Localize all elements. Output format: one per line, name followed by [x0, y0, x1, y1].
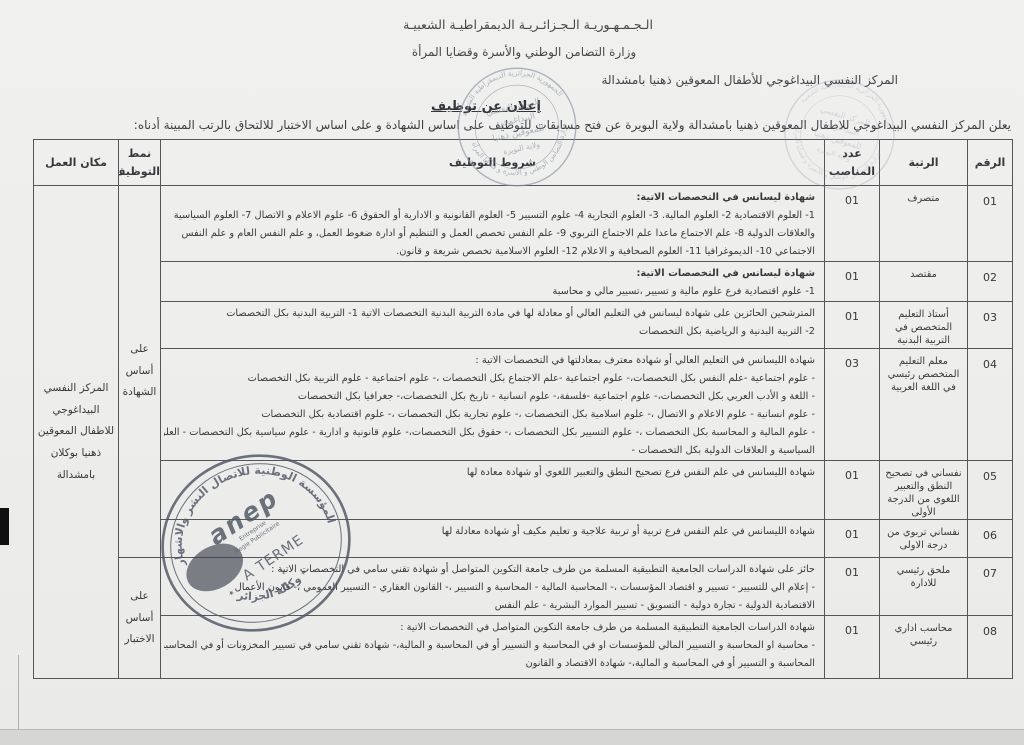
- scanner-bed-strip: [0, 729, 1024, 745]
- rank-cell: متصرف: [880, 186, 968, 262]
- conditions-cell: شهادة الليسانس في علم النفس فرع تصحيح ال…: [161, 460, 825, 520]
- rank-cell: نفساني في تصحيح النطق والتعبير اللغوي من…: [880, 460, 968, 520]
- row-number-cell: 03: [968, 302, 1013, 349]
- mode-cell: على أساس الشهادة: [119, 186, 161, 558]
- condition-line: شهادة الليسانس في علم النفس فرع تربية أو…: [164, 523, 815, 541]
- table-row: 04معلم التعليم المتخصص رئيسي في اللغة ال…: [34, 348, 1013, 460]
- conditions-cell: شهادة الليسانس في التعليم العالي أو شهاد…: [161, 348, 825, 460]
- positions-count-cell: 01: [825, 520, 880, 558]
- positions-count-cell: 01: [825, 262, 880, 302]
- positions-count-cell: 01: [825, 302, 880, 349]
- header-count: عدد المناصب: [825, 140, 880, 186]
- table-header-row: الرقم الرتبة عدد المناصب شروط التوظيف نم…: [34, 140, 1013, 186]
- rank-cell: مقتصد: [880, 262, 968, 302]
- positions-count-cell: 01: [825, 616, 880, 679]
- condition-line: - علوم اجتماعية -علم النفس بكل التخصصات،…: [164, 370, 815, 388]
- table-row: 08محاسب اداري رئيسي01شهادة الدراسات الجا…: [34, 616, 1013, 679]
- conditions-cell: شهادة ليسانس في التخصصات الاتية:1- علوم …: [161, 262, 825, 302]
- condition-line: 1- علوم اقتصادية فرع علوم مالية و تسيير …: [164, 283, 815, 301]
- rank-cell: نفساني تربوي من درجة الاولى: [880, 520, 968, 558]
- positions-count-cell: 01: [825, 186, 880, 262]
- table-row: 02مقتصد01شهادة ليسانس في التخصصات الاتية…: [34, 262, 1013, 302]
- row-number-cell: 05: [968, 460, 1013, 520]
- condition-line: شهادة ليسانس في التخصصات الاتية:: [164, 265, 815, 283]
- intro-paragraph: يعلن المركز النفسي البيداغوجي للاطفال ال…: [18, 118, 1011, 132]
- conditions-cell: شهادة ليسانس في التخصصات الاتية:1- العلو…: [161, 186, 825, 262]
- mode-cell: على أساس الاختبار: [119, 558, 161, 679]
- condition-line: المحاسبة و التسيير أو في المحاسبة و الما…: [164, 655, 815, 673]
- positions-count-cell: 01: [825, 460, 880, 520]
- country-title: الـجـمـهـوريـة الـجـزائـريـة الديمقراطيـ…: [378, 17, 678, 32]
- condition-line: والعلاقات الدولية 8- علم الاجتماع ماعدا …: [164, 225, 815, 243]
- announcement-title: إعلان عن توظيف: [426, 99, 546, 114]
- header-rank: الرتبة: [880, 140, 968, 186]
- condition-line: شهادة الدراسات الجامعية التطبيقية المسلم…: [164, 619, 815, 637]
- condition-line: 2- التربية البدنية و الرياضية بكل التخصص…: [164, 323, 815, 341]
- recruitment-table: الرقم الرتبة عدد المناصب شروط التوظيف نم…: [33, 139, 1013, 679]
- organization-line: المركز النفسي البيداغوجي للأطفال المعوقي…: [601, 73, 898, 87]
- condition-line: المترشحين الحائزين على شهادة ليسانس في ا…: [164, 305, 815, 323]
- rank-cell: أستاذ التعليم المتخصص في التربية البدنية: [880, 302, 968, 349]
- condition-line: شهادة الليسانس في علم النفس فرع تصحيح ال…: [164, 464, 815, 482]
- table-row: 03أستاذ التعليم المتخصص في التربية البدن…: [34, 302, 1013, 349]
- condition-line: الاقتصادية الدولية - تجارة دولية - التسو…: [164, 597, 815, 615]
- header-conditions: شروط التوظيف: [161, 140, 825, 186]
- workplace-cell: المركز النفسي البيداغوجي للاطفال المعوقي…: [34, 186, 119, 679]
- condition-line: - إعلام الي للتسيير - تسيير و اقتصاد الم…: [164, 579, 815, 597]
- row-number-cell: 04: [968, 348, 1013, 460]
- conditions-cell: شهادة الليسانس في علم النفس فرع تربية أو…: [161, 520, 825, 558]
- condition-line: الاجتماعي 10- الديموغرافيا 11- العلوم ال…: [164, 243, 815, 261]
- condition-line: - محاسبة او المحاسبة و التسيير المالي لل…: [164, 637, 815, 655]
- scanned-document-page: الـجـمـهـوريـة الـجـزائـريـة الديمقراطيـ…: [0, 0, 1024, 745]
- header-mode: نمط التوظيف: [119, 140, 161, 186]
- paper-edge-line: [18, 655, 19, 729]
- condition-line: شهادة ليسانس في التخصصات الاتية:: [164, 189, 815, 207]
- condition-line: السياسية و العلاقات الدولية بكل التخصصات…: [164, 442, 815, 460]
- condition-line: شهادة الليسانس في التعليم العالي أو شهاد…: [164, 352, 815, 370]
- condition-line: - علوم انسانية - علوم الاعلام و الاتصال …: [164, 406, 815, 424]
- table-row: 07ملحق رئيسي للادارة01حائز على شهادة الد…: [34, 558, 1013, 616]
- row-number-cell: 01: [968, 186, 1013, 262]
- header-workplace: مكان العمل: [34, 140, 119, 186]
- scan-black-mark: [0, 508, 9, 545]
- header-number: الرقم: [968, 140, 1013, 186]
- condition-line: 1- العلوم الاقتصادية 2- العلوم المالية. …: [164, 207, 815, 225]
- table-row: 01متصرف01شهادة ليسانس في التخصصات الاتية…: [34, 186, 1013, 262]
- condition-line: حائز على شهادة الدراسات الجامعية التطبيق…: [164, 561, 815, 579]
- condition-line: - علوم المالية و المحاسبة بكل التخصصات ،…: [164, 424, 815, 442]
- conditions-cell: المترشحين الحائزين على شهادة ليسانس في ا…: [161, 302, 825, 349]
- row-number-cell: 02: [968, 262, 1013, 302]
- row-number-cell: 06: [968, 520, 1013, 558]
- ministry-title: وزارة التضامن الوطني والأسرة وقضايا المر…: [393, 45, 655, 59]
- rank-cell: معلم التعليم المتخصص رئيسي في اللغة العر…: [880, 348, 968, 460]
- rank-cell: محاسب اداري رئيسي: [880, 616, 968, 679]
- condition-line: - اللغة و الأدب العربي بكل التخصصات،- عل…: [164, 388, 815, 406]
- table-row: 05نفساني في تصحيح النطق والتعبير اللغوي …: [34, 460, 1013, 520]
- conditions-cell: حائز على شهادة الدراسات الجامعية التطبيق…: [161, 558, 825, 616]
- conditions-cell: شهادة الدراسات الجامعية التطبيقية المسلم…: [161, 616, 825, 679]
- row-number-cell: 08: [968, 616, 1013, 679]
- row-number-cell: 07: [968, 558, 1013, 616]
- positions-count-cell: 03: [825, 348, 880, 460]
- table-row: 06نفساني تربوي من درجة الاولى01شهادة الل…: [34, 520, 1013, 558]
- positions-count-cell: 01: [825, 558, 880, 616]
- rank-cell: ملحق رئيسي للادارة: [880, 558, 968, 616]
